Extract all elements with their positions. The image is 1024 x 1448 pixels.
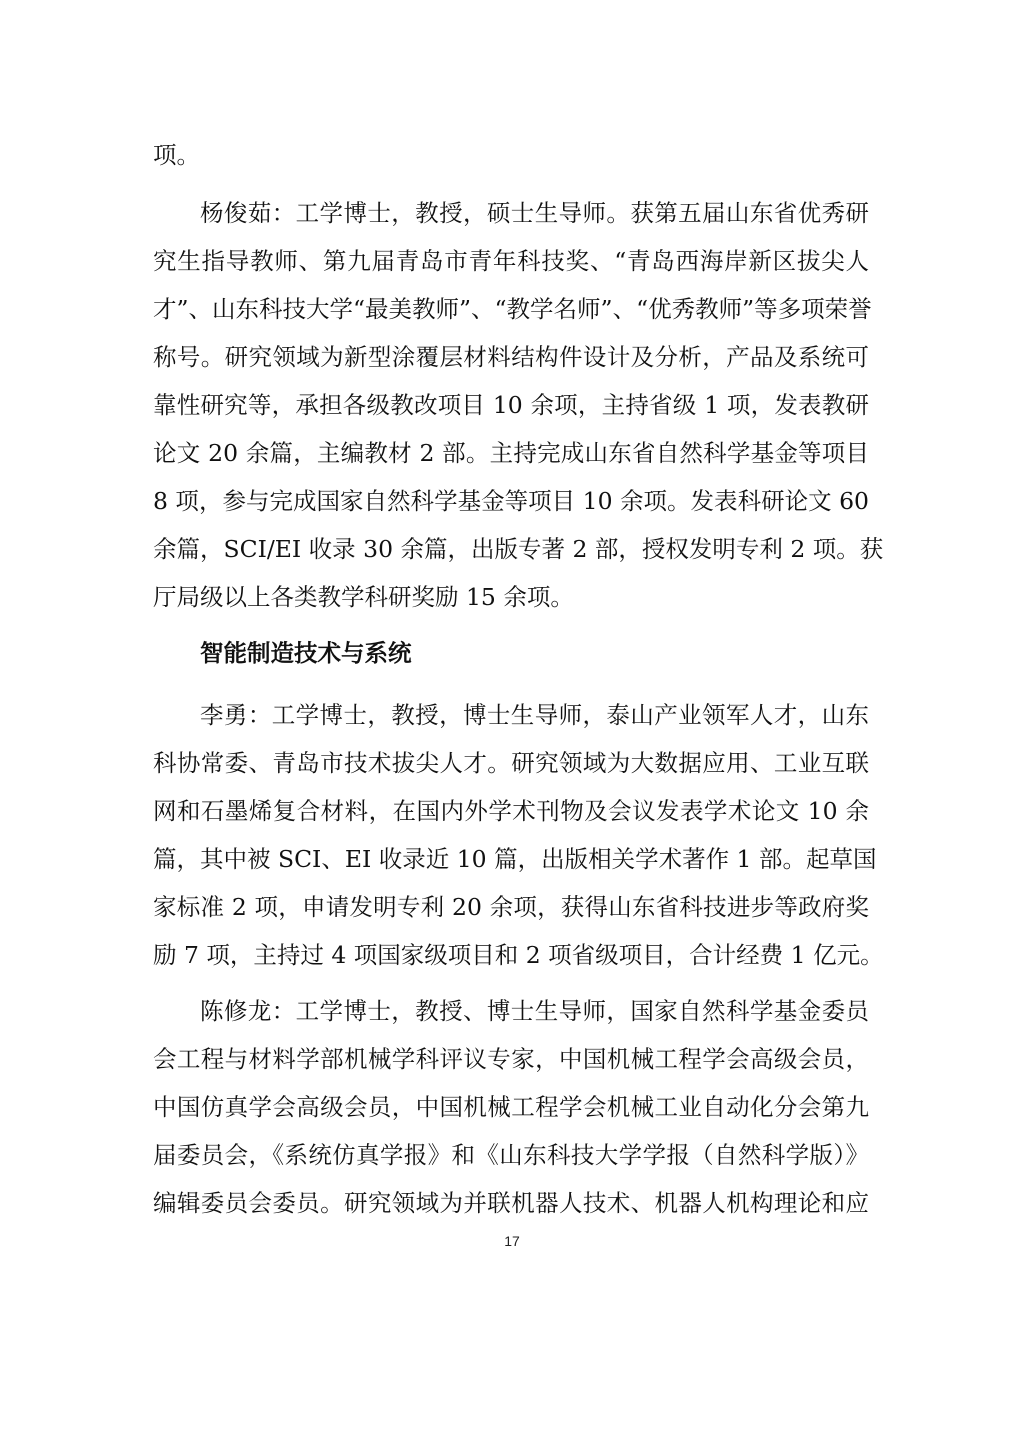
paragraph-line: 会工程与材料学部机械学科评议专家，中国机械工程学会高级会员， [153,1044,869,1074]
paragraph-line: 李勇：工学博士，教授，博士生导师，泰山产业领军人才，山东 [200,700,869,730]
paragraph-line: 论文 20 余篇，主编教材 2 部。主持完成山东省自然科学基金等项目 [153,438,869,468]
paragraph-line: 才”、山东科技大学“最美教师”、“教学名师”、“优秀教师”等多项荣誉 [153,294,869,324]
paragraph-line: 科协常委、青岛市技术拔尖人才。研究领域为大数据应用、工业互联 [153,748,869,778]
continuation-line: 项。 [153,140,869,170]
section-heading: 智能制造技术与系统 [200,638,412,668]
paragraph-line: 篇，其中被 SCI、EI 收录近 10 篇，出版相关学术著作 1 部。起草国 [153,844,869,874]
paragraph-line: 中国仿真学会高级会员，中国机械工程学会机械工业自动化分会第九 [153,1092,869,1122]
paragraph-line: 届委员会，《系统仿真学报》和《山东科技大学学报（自然科学版）》 [153,1140,869,1170]
paragraph-line: 靠性研究等，承担各级教改项目 10 余项，主持省级 1 项，发表教研 [153,390,869,420]
paragraph-line: 究生指导教师、第九届青岛市青年科技奖、“青岛西海岸新区拔尖人 [153,246,869,276]
page-number: 17 [0,1232,1024,1250]
paragraph-line: 杨俊茹：工学博士，教授，硕士生导师。获第五届山东省优秀研 [200,198,869,228]
paragraph-line: 编辑委员会委员。研究领域为并联机器人技术、机器人机构理论和应 [153,1188,869,1218]
paragraph-line: 厅局级以上各类教学科研奖励 15 余项。 [153,582,869,612]
paragraph-line: 励 7 项，主持过 4 项国家级项目和 2 项省级项目，合计经费 1 亿元。 [153,940,869,970]
paragraph-line: 称号。研究领域为新型涂覆层材料结构件设计及分析，产品及系统可 [153,342,869,372]
paragraph-line: 陈修龙：工学博士，教授、博士生导师，国家自然科学基金委员 [200,996,869,1026]
paragraph-line: 余篇，SCI/EI 收录 30 余篇，出版专著 2 部，授权发明专利 2 项。获 [153,534,869,564]
paragraph-line: 8 项，参与完成国家自然科学基金等项目 10 余项。发表科研论文 60 [153,486,869,516]
paragraph-line: 网和石墨烯复合材料，在国内外学术刊物及会议发表学术论文 10 余 [153,796,869,826]
document-page: 项。 杨俊茹：工学博士，教授，硕士生导师。获第五届山东省优秀研 究生指导教师、第… [0,0,1024,1448]
paragraph-line: 家标准 2 项，申请发明专利 20 余项，获得山东省科技进步等政府奖 [153,892,869,922]
